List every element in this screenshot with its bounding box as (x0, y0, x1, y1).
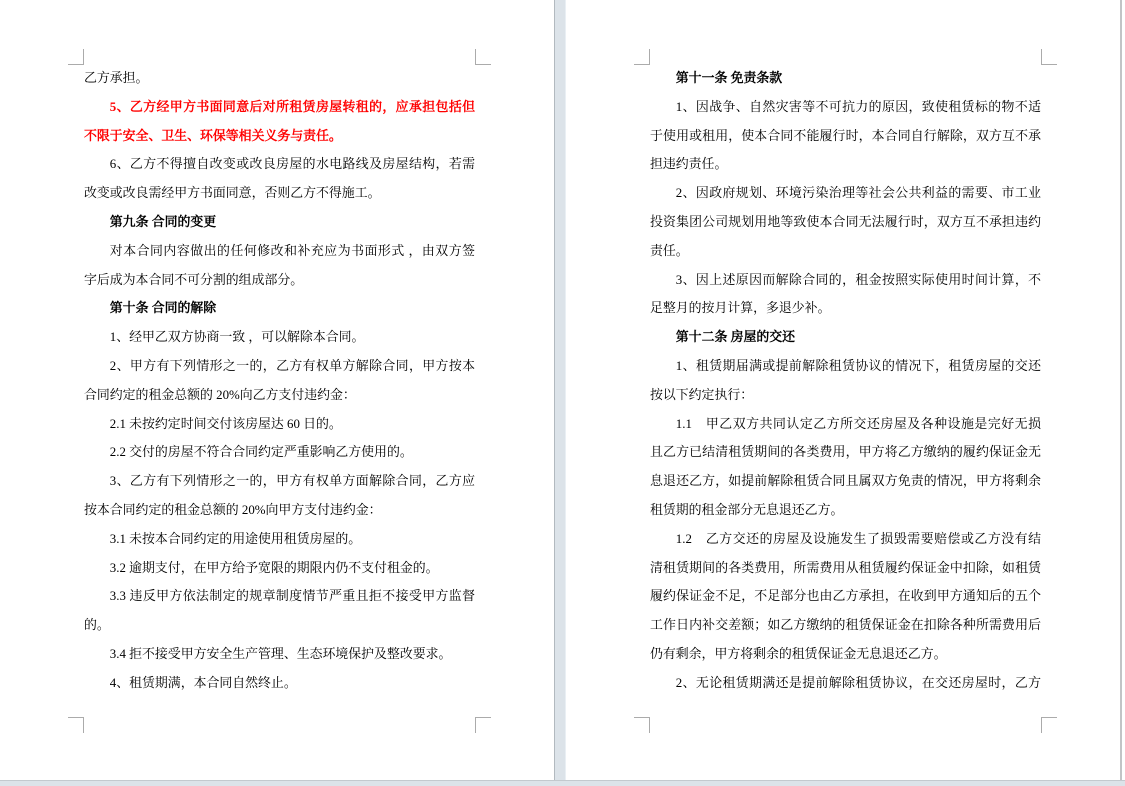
contract-page-1[interactable]: 乙方承担。5、乙方经甲方书面同意后对所租赁房屋转租的，应承担包括但不限于安全、卫… (0, 0, 554, 780)
crop-mark-bottom-left (68, 717, 84, 733)
crop-mark-top-right (475, 49, 491, 65)
text-line[interactable]: 乙方承担。 (84, 64, 475, 93)
text-line[interactable]: 按本合同约定的租金总额的 20%向甲方支付违约金： (84, 496, 475, 525)
crop-mark-top-right (1041, 49, 1057, 65)
text-line[interactable]: 按以下约定执行： (650, 381, 1041, 410)
text-line[interactable]: 3.1 未按本合同约定的用途使用租赁房屋的。 (84, 525, 475, 554)
crop-mark-top-left (634, 49, 650, 65)
text-line[interactable]: 责任。 (650, 237, 1041, 266)
crop-mark-bottom-right (475, 717, 491, 733)
page-1-text-column[interactable]: 乙方承担。5、乙方经甲方书面同意后对所租赁房屋转租的，应承担包括但不限于安全、卫… (84, 64, 475, 698)
text-line[interactable]: 3、因上述原因而解除合同的，租金按照实际使用时间计算，不 (650, 266, 1041, 295)
text-line[interactable]: 担违约责任。 (650, 150, 1041, 179)
text-line[interactable]: 租赁期的租金部分无息退还乙方。 (650, 496, 1041, 525)
highlighted-text-line[interactable]: 不限于安全、卫生、环保等相关义务与责任。 (84, 122, 475, 151)
text-line[interactable]: 2、无论租赁期满还是提前解除租赁协议，在交还房屋时，乙方 (650, 669, 1041, 698)
document-view: { "colors": { "workspace_background": "#… (0, 0, 1125, 786)
text-line[interactable]: 2、甲方有下列情形之一的，乙方有权单方解除合同，甲方按本 (84, 352, 475, 381)
text-line[interactable]: 1、租赁期届满或提前解除租赁协议的情况下，租赁房屋的交还 (650, 352, 1041, 381)
window-right-border (1120, 0, 1122, 786)
text-line[interactable]: 投资集团公司规划用地等致使本合同无法履行时，双方互不承担违约 (650, 208, 1041, 237)
text-line[interactable]: 1.2 乙方交还的房屋及设施发生了损毁需要赔偿或乙方没有结 (650, 525, 1041, 554)
text-line[interactable]: 1、因战争、自然灾害等不可抗力的原因，致使租赁标的物不适 (650, 93, 1041, 122)
page-2-text-column[interactable]: 第十一条 免责条款1、因战争、自然灾害等不可抗力的原因，致使租赁标的物不适于使用… (650, 64, 1041, 698)
text-line[interactable]: 息退还乙方，如提前解除租赁合同且属双方免责的情况，甲方将剩余 (650, 467, 1041, 496)
text-line[interactable]: 改变或改良需经甲方书面同意，否则乙方不得施工。 (84, 179, 475, 208)
page-gutter (554, 0, 566, 786)
text-line[interactable]: 足整月的按月计算，多退少补。 (650, 294, 1041, 323)
clause-heading-line[interactable]: 第九条 合同的变更 (84, 208, 475, 237)
text-line[interactable]: 合同约定的租金总额的 20%向乙方支付违约金： (84, 381, 475, 410)
clause-heading-line[interactable]: 第十条 合同的解除 (84, 294, 475, 323)
highlighted-text-line[interactable]: 5、乙方经甲方书面同意后对所租赁房屋转租的，应承担包括但 (84, 93, 475, 122)
text-line[interactable]: 2.1 未按约定时间交付该房屋达 60 日的。 (84, 410, 475, 439)
text-line[interactable]: 3.3 违反甲方依法制定的规章制度情节严重且拒不接受甲方监督 (84, 582, 475, 611)
crop-mark-bottom-right (1041, 717, 1057, 733)
text-line[interactable]: 3.2 逾期支付，在甲方给予宽限的期限内仍不支付租金的。 (84, 554, 475, 583)
text-line[interactable]: 1.1 甲乙双方共同认定乙方所交还房屋及各种设施是完好无损 (650, 410, 1041, 439)
text-line[interactable]: 仍有剩余，甲方将剩余的租赁保证金无息退还乙方。 (650, 640, 1041, 669)
text-line[interactable]: 3、乙方有下列情形之一的，甲方有权单方面解除合同，乙方应 (84, 467, 475, 496)
text-line[interactable]: 2、因政府规划、环境污染治理等社会公共利益的需要、市工业 (650, 179, 1041, 208)
clause-heading-line[interactable]: 第十一条 免责条款 (650, 64, 1041, 93)
crop-mark-bottom-left (634, 717, 650, 733)
contract-page-2[interactable]: 第十一条 免责条款1、因战争、自然灾害等不可抗力的原因，致使租赁标的物不适于使用… (566, 0, 1120, 780)
text-line[interactable]: 的。 (84, 611, 475, 640)
text-line[interactable]: 4、租赁期满，本合同自然终止。 (84, 669, 475, 698)
text-line[interactable]: 1、经甲乙双方协商一致 ，可以解除本合同。 (84, 323, 475, 352)
text-line[interactable]: 于使用或租用，使本合同不能履行时，本合同自行解除，双方互不承 (650, 122, 1041, 151)
text-line[interactable]: 2.2 交付的房屋不符合合同约定严重影响乙方使用的。 (84, 438, 475, 467)
workspace-bottom-strip (0, 780, 1125, 786)
text-line[interactable]: 3.4 拒不接受甲方安全生产管理、生态环境保护及整改要求。 (84, 640, 475, 669)
clause-heading-line[interactable]: 第十二条 房屋的交还 (650, 323, 1041, 352)
text-line[interactable]: 字后成为本合同不可分割的组成部分。 (84, 266, 475, 295)
text-line[interactable]: 履约保证金不足，不足部分也由乙方承担，在收到甲方通知后的五个 (650, 582, 1041, 611)
crop-mark-top-left (68, 49, 84, 65)
text-line[interactable]: 清租赁期间的各类费用，所需费用从租赁履约保证金中扣除，如租赁 (650, 554, 1041, 583)
text-line[interactable]: 工作日内补交差额；如乙方缴纳的租赁保证金在扣除各种所需费用后 (650, 611, 1041, 640)
text-line[interactable]: 对本合同内容做出的任何修改和补充应为书面形式 ，由双方签 (84, 237, 475, 266)
text-line[interactable]: 且乙方已结清租赁期间的各类费用，甲方将乙方缴纳的履约保证金无 (650, 438, 1041, 467)
text-line[interactable]: 6、乙方不得擅自改变或改良房屋的水电路线及房屋结构，若需 (84, 150, 475, 179)
